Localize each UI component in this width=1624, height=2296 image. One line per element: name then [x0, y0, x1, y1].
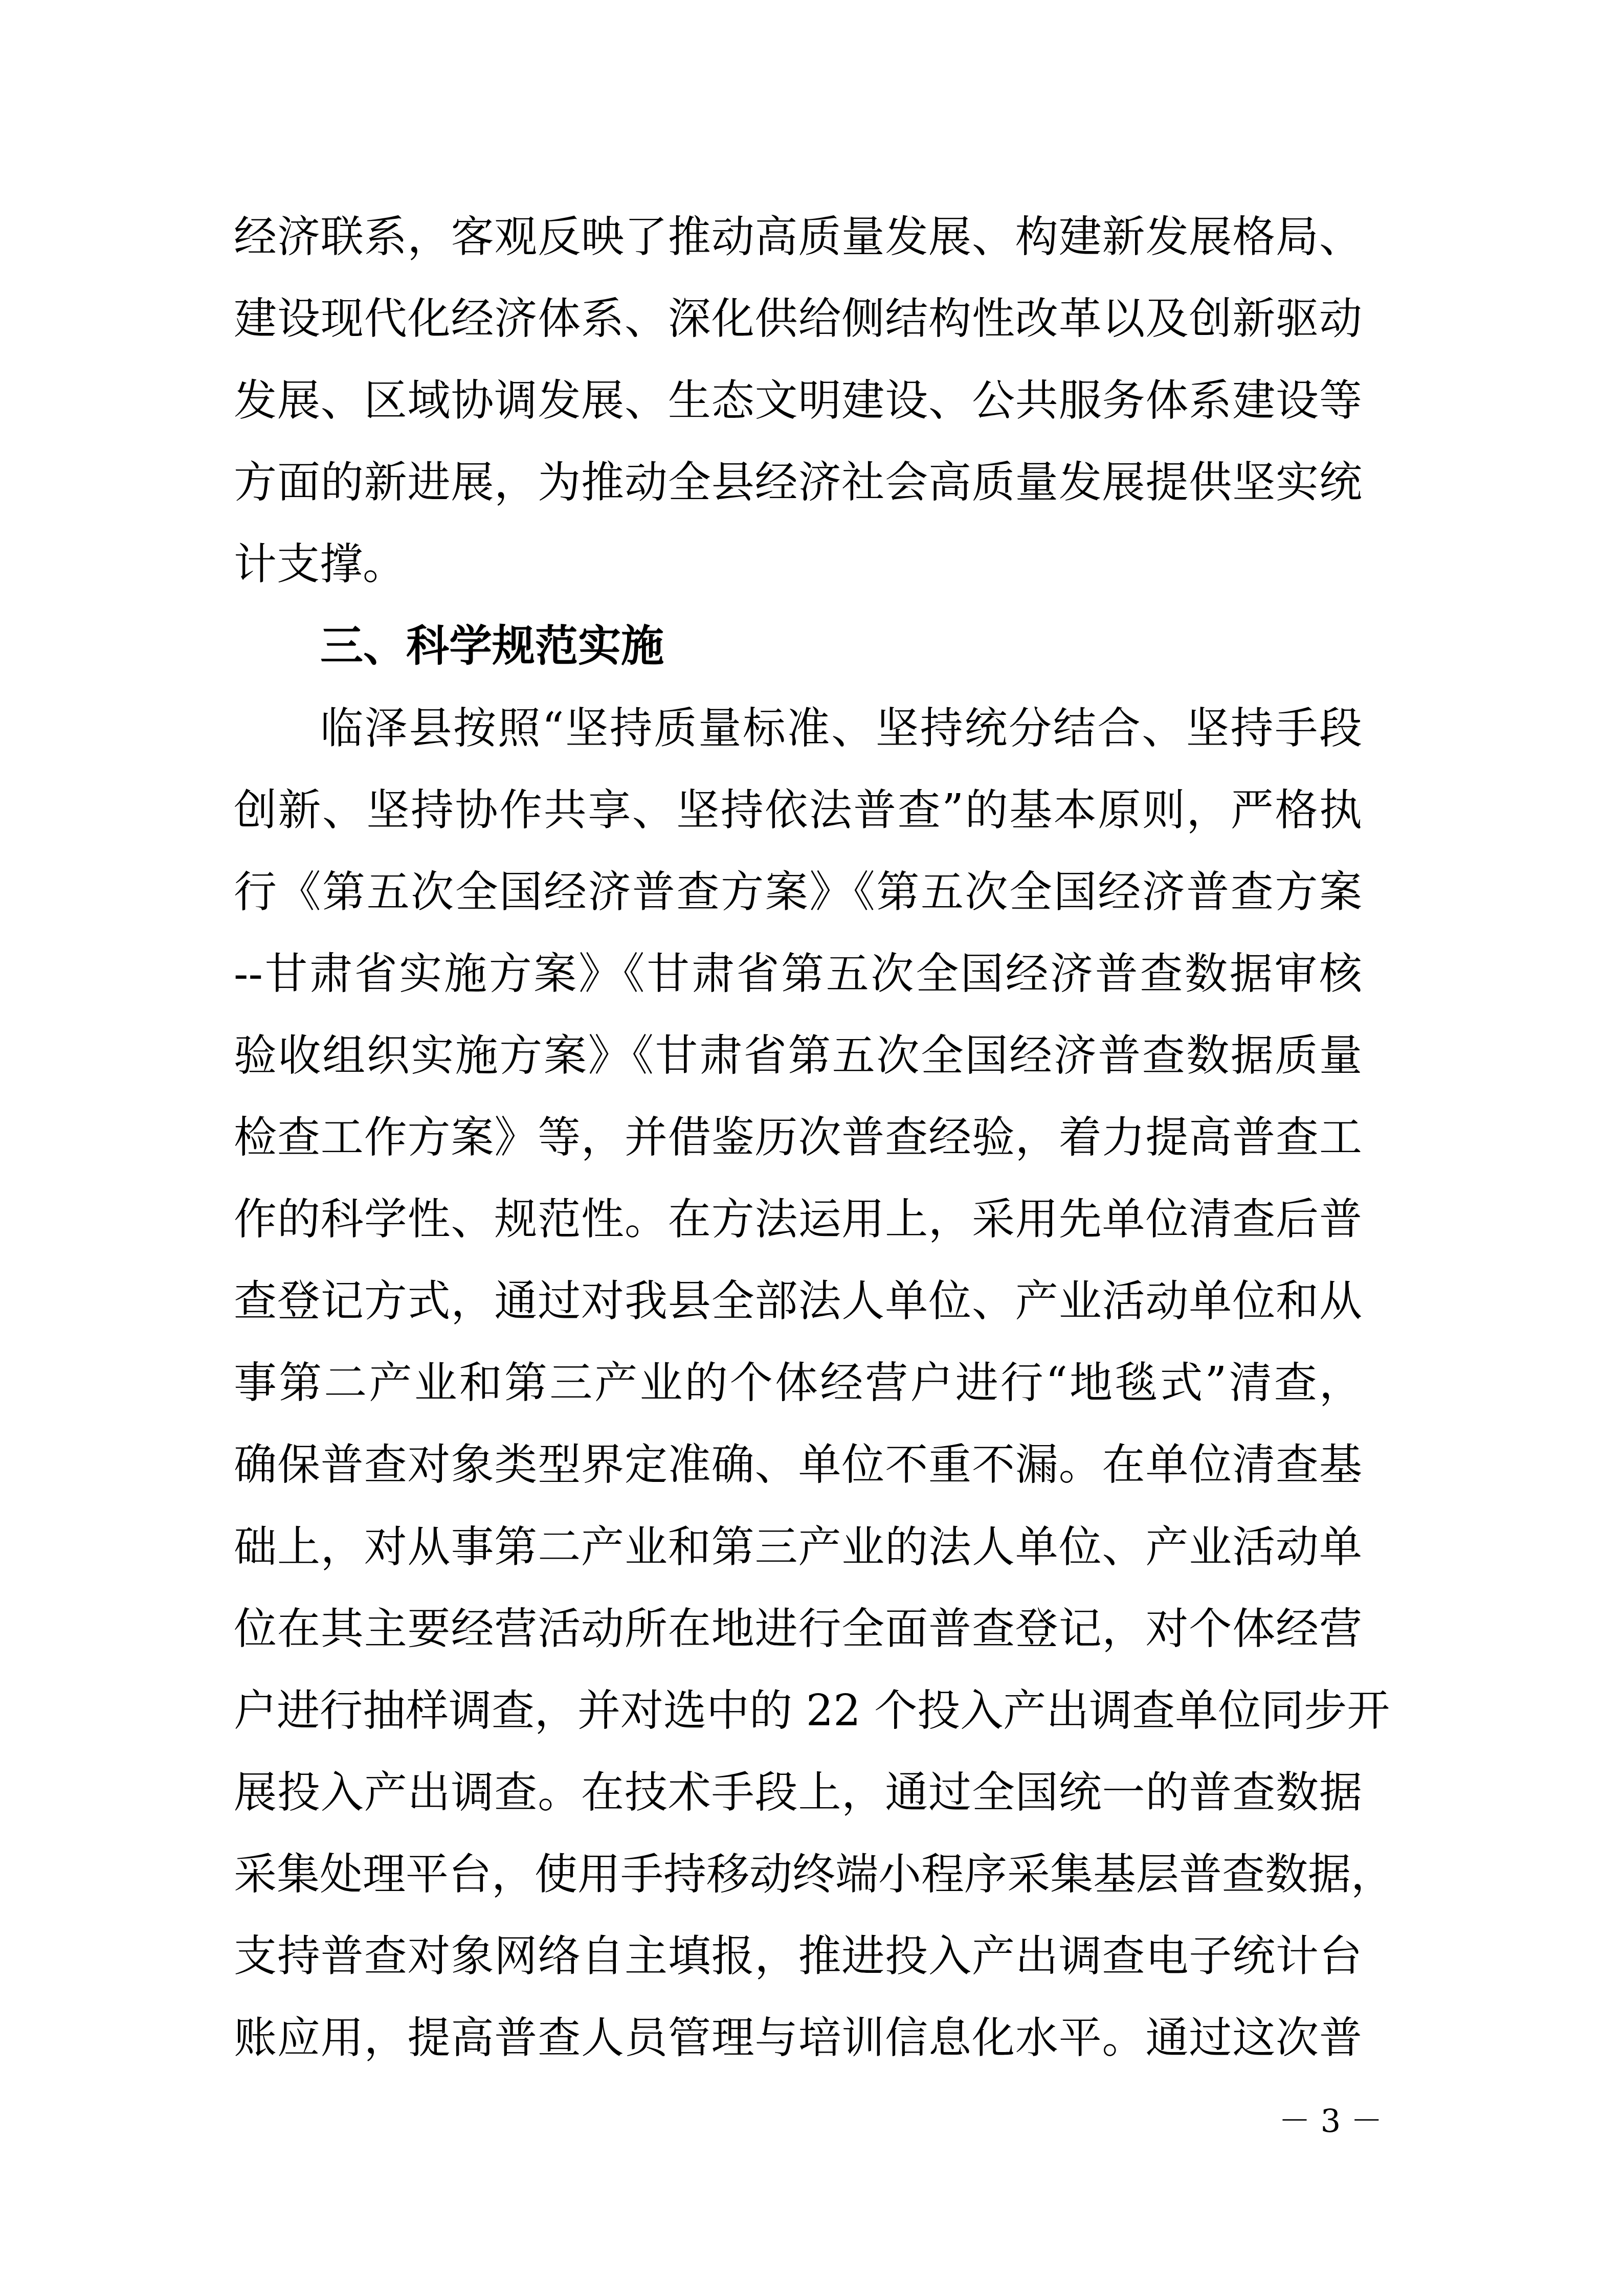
paragraph-line: 行《第五次全国经济普查方案》《第五次全国经济普查方案	[234, 851, 1362, 933]
paragraph-line: 础上，对从事第二产业和第三产业的法人单位、产业活动单	[234, 1506, 1362, 1588]
document-body: 经济联系，客观反映了推动高质量发展、构建新发展格局、 建设现代化经济体系、深化供…	[234, 196, 1362, 2079]
paragraph-line: 方面的新进展，为推动全县经济社会高质量发展提供坚实统	[234, 441, 1362, 523]
paragraph-line: 支持普查对象网络自主填报，推进投入产出调查电子统计台	[234, 1915, 1362, 1997]
paragraph-line: 采集处理平台，使用手持移动终端小程序采集基层普查数据，	[234, 1833, 1362, 1915]
paragraph-line: 账应用，提高普查人员管理与培训信息化水平。通过这次普	[234, 1997, 1362, 2079]
section-heading: 三、科学规范实施	[234, 605, 1362, 687]
paragraph-line: 发展、区域协调发展、生态文明建设、公共服务体系建设等	[234, 359, 1362, 441]
paragraph-line: --甘肃省实施方案》《甘肃省第五次全国经济普查数据审核	[234, 933, 1362, 1015]
paragraph-line: 建设现代化经济体系、深化供给侧结构性改革以及创新驱动	[234, 278, 1362, 359]
document-page: 经济联系，客观反映了推动高质量发展、构建新发展格局、 建设现代化经济体系、深化供…	[0, 0, 1624, 2296]
paragraph-line: 检查工作方案》等，并借鉴历次普查经验，着力提高普查工	[234, 1096, 1362, 1178]
paragraph-line: 位在其主要经营活动所在地进行全面普查登记，对个体经营	[234, 1588, 1362, 1670]
paragraph-line: 展投入产出调查。在技术手段上，通过全国统一的普查数据	[234, 1751, 1362, 1833]
paragraph-line-first: 临泽县按照“坚持质量标准、坚持统分结合、坚持手段	[234, 687, 1362, 769]
paragraph-line: 验收组织实施方案》《甘肃省第五次全国经济普查数据质量	[234, 1015, 1362, 1096]
page-number: － 3 －	[1279, 2096, 1381, 2147]
paragraph-line: 创新、坚持协作共享、坚持依法普查”的基本原则，严格执	[234, 769, 1362, 851]
paragraph-line: 经济联系，客观反映了推动高质量发展、构建新发展格局、	[234, 196, 1362, 278]
paragraph-line: 查登记方式，通过对我县全部法人单位、产业活动单位和从	[234, 1260, 1362, 1342]
paragraph-line: 事第二产业和第三产业的个体经营户进行“地毯式”清查，	[234, 1342, 1362, 1424]
paragraph-line-last: 计支撑。	[234, 523, 1362, 605]
paragraph-line: 作的科学性、规范性。在方法运用上，采用先单位清查后普	[234, 1178, 1362, 1260]
paragraph-line: 户进行抽样调查，并对选中的 22 个投入产出调查单位同步开	[234, 1670, 1362, 1751]
paragraph-line: 确保普查对象类型界定准确、单位不重不漏。在单位清查基	[234, 1424, 1362, 1505]
